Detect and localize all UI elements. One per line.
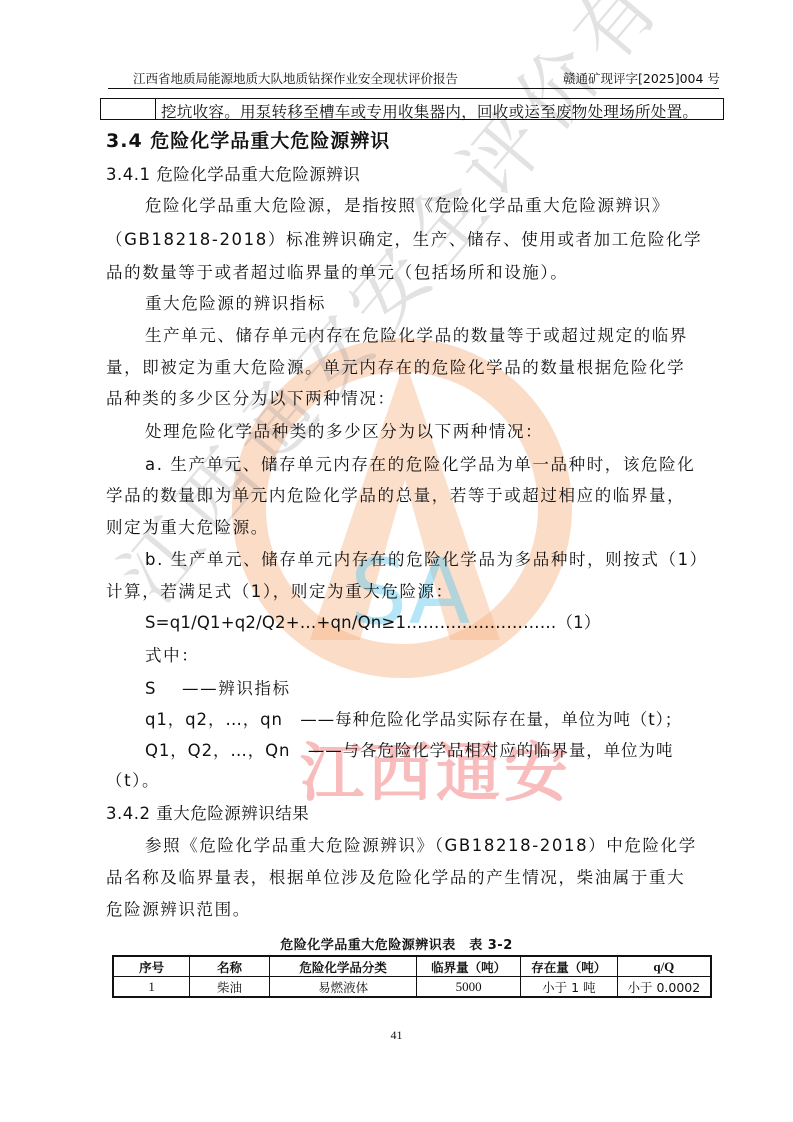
hazard-identification-table: 序号 名称 危险化学品分类 临界量（吨） 存在量（吨） q/Q 1 柴油 易燃液…	[112, 955, 712, 998]
table-cell: 挖坑收容。用泵转移至槽车或专用收集器内，回收或运至废物处理场所处置。	[161, 100, 698, 122]
paragraph-line: 重大危险源的辨识指标	[145, 290, 326, 314]
column-header: 危险化学品分类	[269, 956, 416, 977]
column-header: 序号	[113, 956, 190, 977]
paragraph-line: 参照《危险化学品重大危险源辨识》（GB18218-2018）中危险化学	[145, 832, 697, 856]
table-cell: 易燃液体	[269, 977, 416, 998]
table-caption: 危险化学品重大危险源辨识表 表 3-2	[0, 934, 793, 953]
subsection-heading-3-4-1: 3.4.1 危险化学品重大危险源辨识	[106, 161, 360, 185]
section-heading: 3.4 危险化学品重大危险源辨识	[106, 126, 390, 153]
table-header-row: 序号 名称 危险化学品分类 临界量（吨） 存在量（吨） q/Q	[113, 956, 711, 977]
table-cell: 1	[113, 977, 190, 998]
paragraph-line: 量，即被定为重大危险源。单元内存在的危险化学品的数量根据危险化学	[106, 354, 685, 378]
column-header: q/Q	[617, 956, 711, 977]
paragraph-line: 危险源辨识范围。	[106, 896, 251, 920]
definition-line: q1，q2，…，qn ——每种危险化学品实际存在量，单位为吨（t）；	[145, 706, 682, 730]
paragraph-line: （t）。	[106, 767, 160, 791]
paragraph-line: 品种类的多少区分为以下两种情况：	[106, 385, 396, 409]
paragraph-line: 危险化学品重大危险源，是指按照《危险化学品重大危险源辨识》	[145, 192, 670, 216]
paragraph-line: 式中：	[145, 642, 199, 666]
paragraph-line: 则定为重大危险源。	[106, 514, 269, 538]
column-header: 存在量（吨）	[520, 956, 617, 977]
page-content: 江西省地质局能源地质大队地质钻探作业安全现状评价报告 赣通矿现评字[2025]0…	[0, 0, 793, 1122]
table-divider	[155, 99, 156, 119]
paragraph-line: 品的数量等于或者超过临界量的单元（包括场所和设施）。	[106, 259, 568, 283]
paragraph-line: 生产单元、储存单元内存在危险化学品的数量等于或超过规定的临界	[145, 322, 688, 346]
paragraph-line: b. 生产单元、储存单元内存在的危险化学品为多品种时，则按式（1）	[145, 546, 708, 570]
table-row: 1 柴油 易燃液体 5000 小于 1 吨 小于 0.0002	[113, 977, 711, 998]
paragraph-line: 计算，若满足式（1），则定为重大危险源：	[106, 578, 454, 602]
column-header: 名称	[190, 956, 270, 977]
continued-table-row: 挖坑收容。用泵转移至槽车或专用收集器内，回收或运至废物处理场所处置。	[100, 98, 724, 120]
table-cell: 小于 0.0002	[617, 977, 711, 998]
header-report-title: 江西省地质局能源地质大队地质钻探作业安全现状评价报告	[133, 69, 458, 87]
definition-line: S ——辨识指标	[145, 675, 291, 699]
column-header: 临界量（吨）	[417, 956, 521, 977]
paragraph-line: a. 生产单元、储存单元内存在的危险化学品为单一品种时，该危险化	[145, 451, 695, 475]
paragraph-line: （GB18218-2018）标准辨识确定，生产、储存、使用或者加工危险化学	[106, 226, 702, 250]
table-cell: 5000	[417, 977, 521, 998]
header-document-number: 赣通矿现评字[2025]004 号	[563, 69, 720, 87]
paragraph-line: 品名称及临界量表，根据单位涉及危险化学品的产生情况，柴油属于重大	[106, 864, 685, 888]
definition-line: Q1，Q2，…，Qn ——与各危险化学品相对应的临界量，单位为吨	[145, 737, 673, 761]
table-cell: 小于 1 吨	[520, 977, 617, 998]
formula-line: S=q1/Q1+q2/Q2+…+qn/Qn≥1………………………（1）	[145, 609, 601, 633]
header-rule	[108, 88, 719, 89]
table-cell: 柴油	[190, 977, 270, 998]
paragraph-line: 处理危险化学品种类的多少区分为以下两种情况：	[145, 418, 543, 442]
paragraph-line: 学品的数量即为单元内危险化学品的总量，若等于或超过相应的临界量，	[106, 482, 685, 506]
subsection-heading-3-4-2: 3.4.2 重大危险源辨识结果	[106, 800, 309, 824]
page-number: 41	[0, 1028, 793, 1043]
